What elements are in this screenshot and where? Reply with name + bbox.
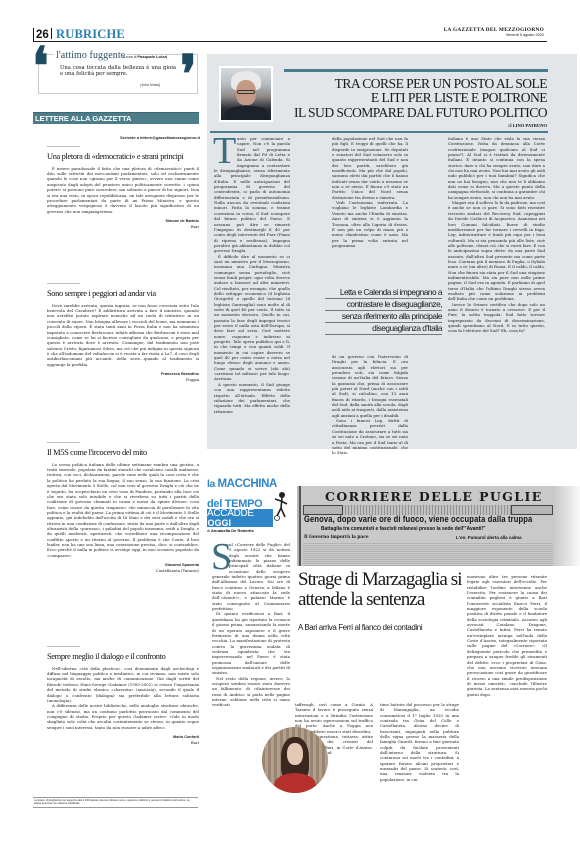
- pull-quote: Letta e Calenda si impegnano a contrasta…: [325, 287, 442, 335]
- strage-column-4: morirono altre tre persone ritenute lega…: [467, 574, 547, 697]
- historic-paper-title: CORRIERE DELLE PUGLIE: [325, 489, 543, 504]
- open-quote-icon: ❛: [32, 48, 49, 88]
- issue-date: Venerdì 5 agosto 2022: [444, 33, 544, 38]
- divider: [284, 69, 548, 72]
- dropcap: T: [213, 137, 235, 165]
- historic-newspaper-image: CORRIERE DELLE PUGLIE Genova, dopo varie…: [297, 486, 580, 566]
- divider: [47, 442, 80, 443]
- letter-item: Il M5S come l'ircocervo del mito La scen…: [47, 442, 199, 573]
- letter-item: Sempre meglio il dialogo e il confronto …: [47, 646, 199, 745]
- letter-body: A differenza delle nostre biblioteche, n…: [47, 703, 199, 730]
- letter-body: È invero paradossale il fatto che una pl…: [47, 166, 199, 214]
- article-headline: Strage di Marzagaglia si attende la sent…: [298, 570, 468, 610]
- quote-column-title: l'attimo fuggente: [54, 50, 127, 61]
- strage-column-1: Sul «Corriere delle Puglie» del 5 agosto…: [212, 542, 290, 708]
- editorial-column-2: della popolazione nel Sud che non fa più…: [332, 136, 408, 248]
- dropcap: S: [211, 543, 226, 571]
- letter-title: Il M5S come l'ircocervo del mito: [47, 448, 199, 458]
- quote-text: Una cosa toccata dalla bellezza è una gi…: [60, 66, 176, 77]
- time-traveler-figure-icon: [273, 490, 289, 522]
- masthead: LA GAZZETTA DEL MEZZOGIORNO Venerdì 5 ag…: [444, 27, 544, 38]
- letter-body: Nell'odierna «età della plastica», così …: [47, 666, 199, 703]
- editorial-byline: di LINO PATRUNO: [380, 123, 547, 128]
- letter-title: Una pletora di «democratici» e strani pr…: [47, 152, 199, 162]
- letter-body: Dove sarebbe arrivata, questa ingrata, s…: [47, 303, 199, 367]
- editorial-column-3: italiano è uno Stato che viola la sua st…: [448, 136, 545, 334]
- letter-signature: Giovanni Spaventa Castellaneta (Taranto): [47, 563, 199, 573]
- quote-curator: a cura di Pasquale Loizzi: [123, 54, 167, 59]
- divider: [210, 131, 548, 133]
- editorial-headline: TRA CORSE PER UN POSTO AL SOLE E LITI PE…: [281, 77, 547, 120]
- close-quote-icon: ❜: [180, 56, 197, 96]
- historic-headline: Genova, dopo varie ore di fuoco, viene o…: [304, 514, 532, 525]
- letter-item: Una pletora di «democratici» e strani pr…: [47, 146, 199, 229]
- letter-title: Sempre meglio il dialogo e il confronto: [47, 652, 199, 662]
- section-title: RUBRICHE: [56, 28, 125, 41]
- editorial-column-2b: di un governo con l'intervento di Draghi…: [332, 354, 408, 456]
- letters-guidelines-note: Le lettere, di lunghezza non superiore a…: [33, 797, 198, 808]
- editorial-column-1: Tanto per cominciare a capire. Non c'è l…: [214, 136, 290, 414]
- letter-item: Sono sempre i peggiori ad andar via Dove…: [47, 283, 199, 382]
- divider: [47, 146, 80, 147]
- letter-signature: Mario Conforti Bari: [47, 735, 199, 745]
- letter-signature: Simone de Bartolo Bari: [47, 219, 199, 229]
- author-photo: [219, 66, 273, 122]
- page-header: 26 RUBRICHE LA GAZZETTA DEL MEZZOGIORNO …: [33, 28, 547, 42]
- strage-column-3: time battute del processo per la strage …: [380, 702, 459, 782]
- divider: [47, 283, 80, 284]
- author-avatar: [262, 727, 328, 793]
- quote-author: (John Keats): [140, 83, 160, 87]
- letter-body: La scena politica italiana delle ultime …: [47, 462, 199, 558]
- macchina-author: di Annabella De Robertis: [207, 528, 254, 533]
- divider: [47, 646, 80, 647]
- letters-email-link[interactable]: Scrivete a lettere@gazzettamezzogiorno.i…: [60, 135, 200, 140]
- letter-title: Sono sempre i peggiori ad andar via: [47, 289, 199, 299]
- letters-banner: LETTERE ALLA GAZZETTA: [33, 112, 199, 124]
- historic-subheadline: Battaglia tra comunisti e fascisti milan…: [321, 526, 485, 532]
- letter-signature: Francesco Berardino Foggia: [47, 372, 199, 382]
